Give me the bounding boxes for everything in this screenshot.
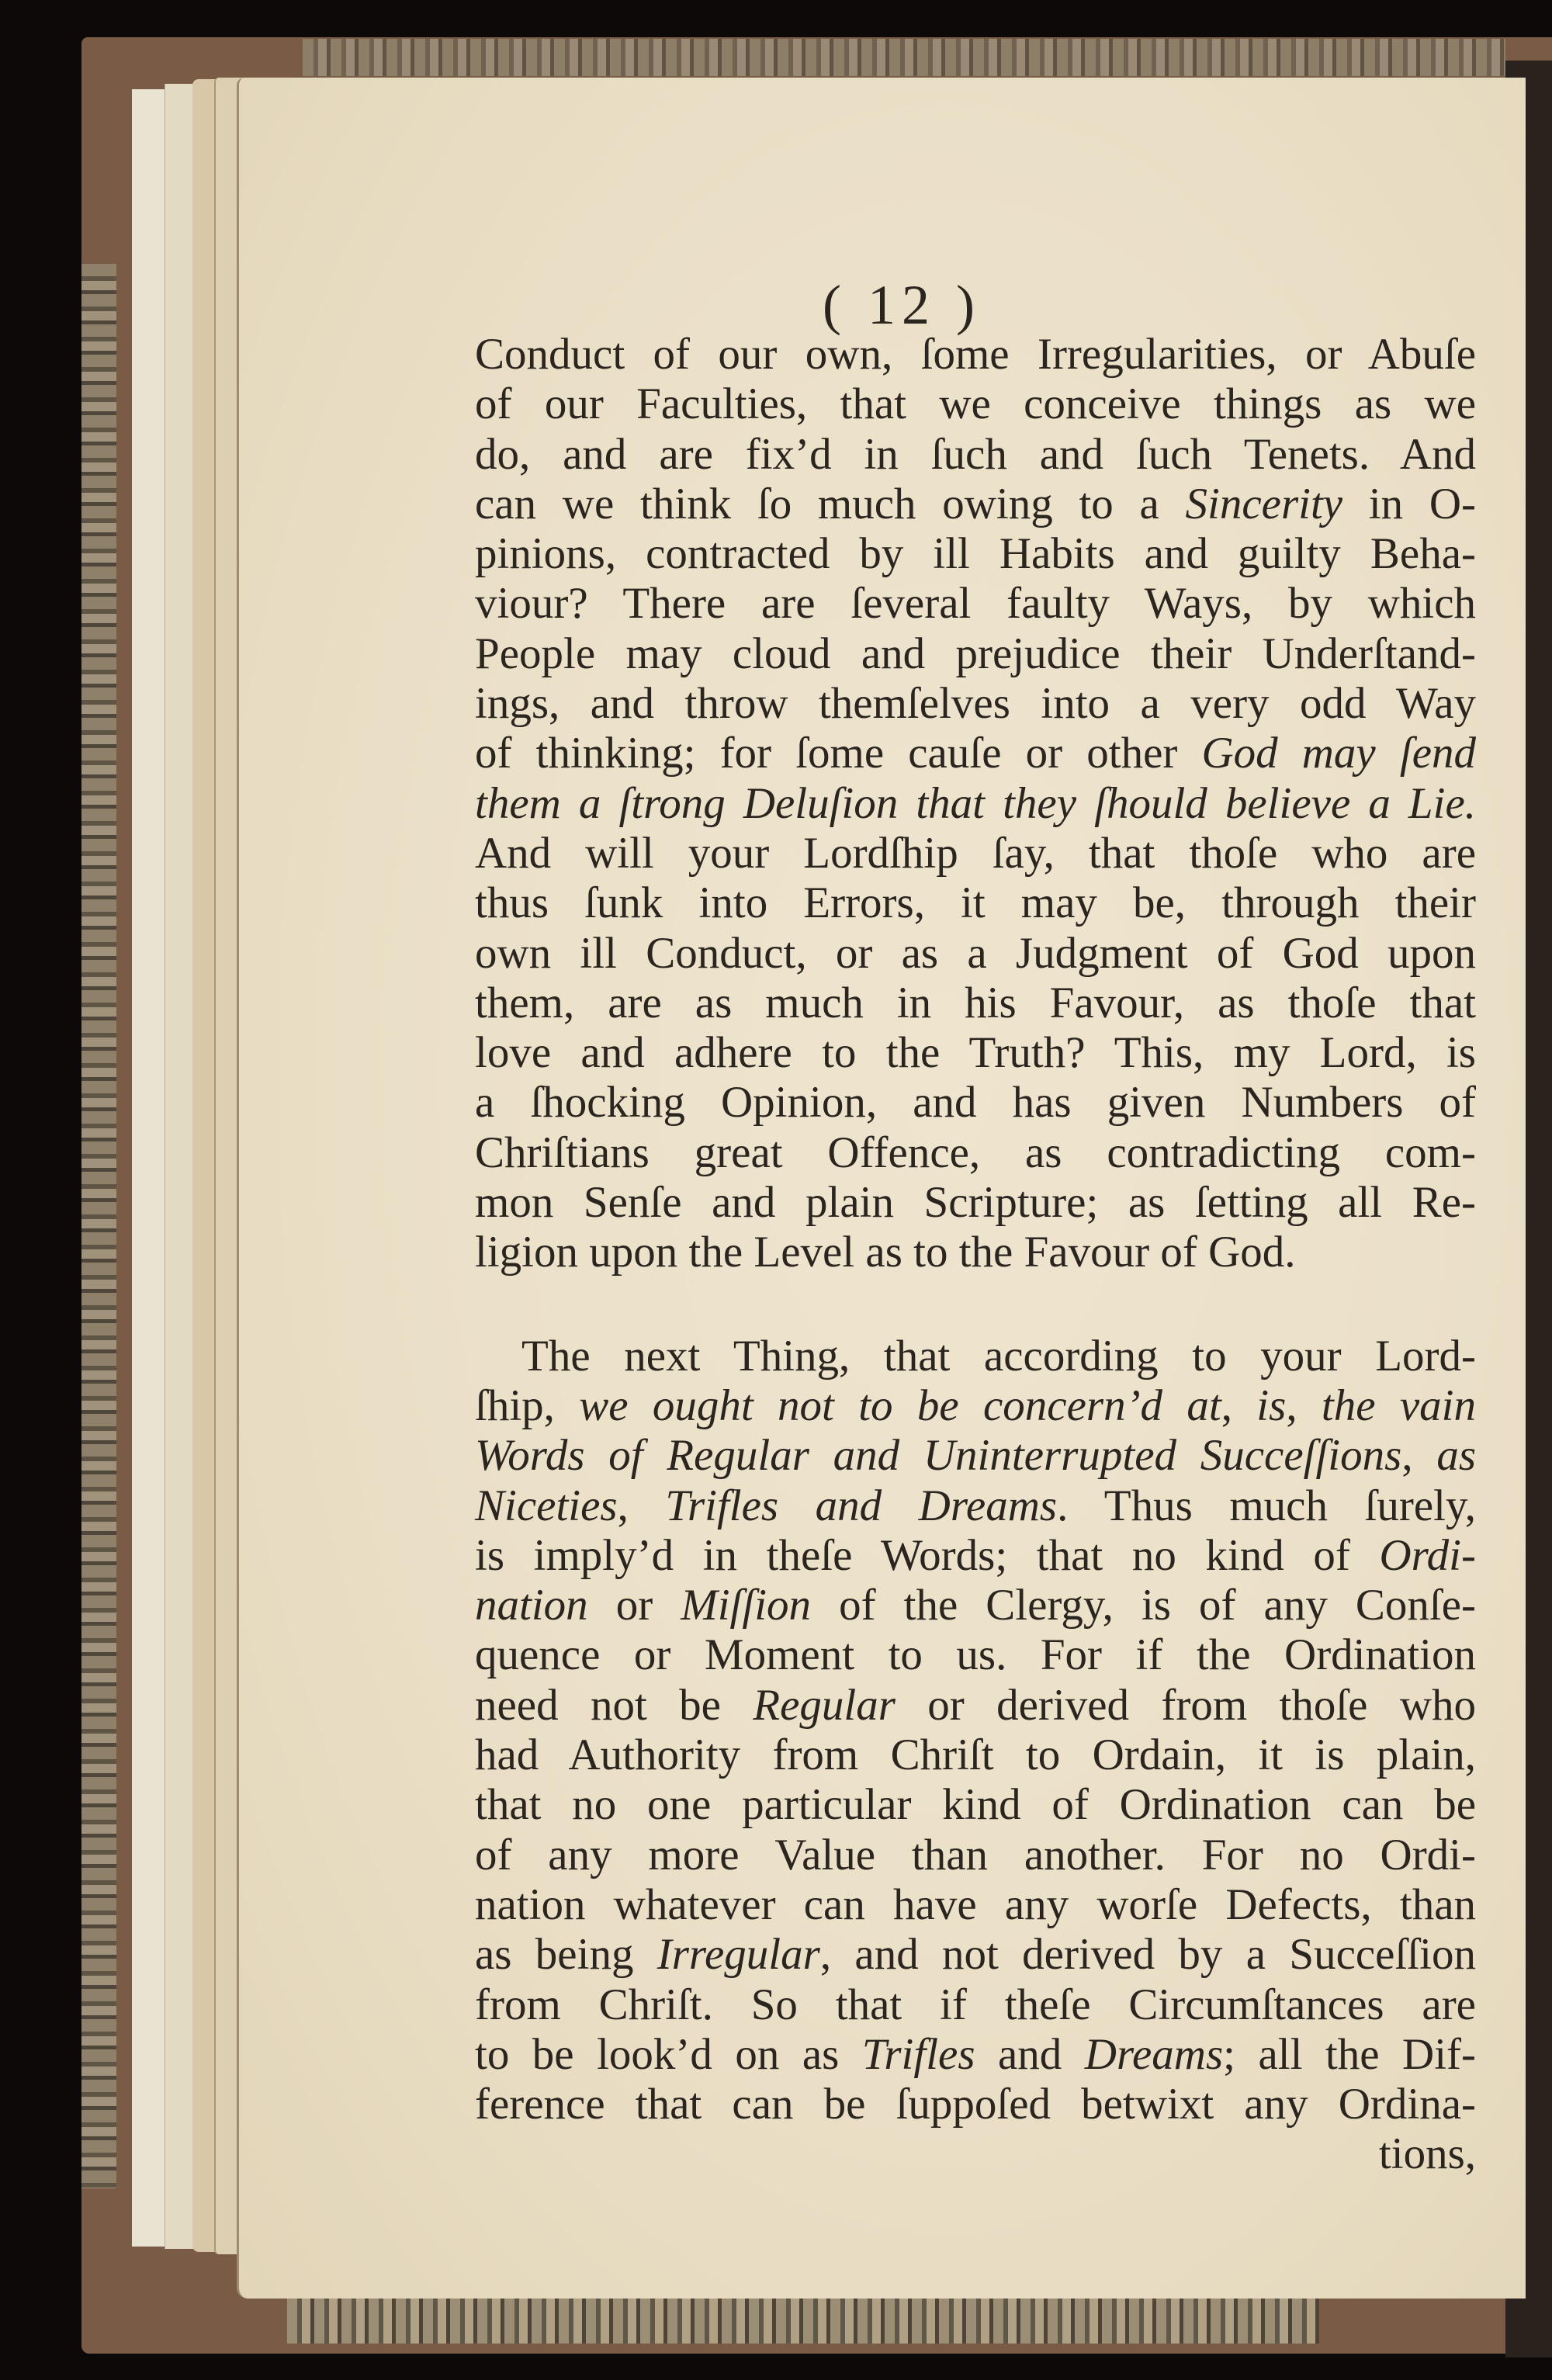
text-line: is imply’d in theſe Words; that no kind … [475,1531,1476,1581]
text-line: them, are as much in his Favour, as thoſ… [475,979,1476,1028]
text-line: that no one particular kind of Ordinatio… [475,1780,1476,1830]
text-line: to be look’d on as Trifles and Dreams; a… [475,2030,1476,2080]
marbled-board-top [303,39,1505,76]
text-line: And will your Lordſhip ſay, that thoſe w… [475,829,1476,878]
text-line: pinions, contracted by ill Habits and gu… [475,529,1476,579]
text-line: thus ſunk into Errors, it may be, throug… [475,878,1476,928]
text-line: mon Senſe and plain Scripture; as ſettin… [475,1178,1476,1228]
text-line: ference that can be ſuppoſed betwixt any… [475,2080,1476,2129]
catchword: tions, [475,2129,1476,2179]
text-line: own ill Conduct, or as a Judgment of God… [475,929,1476,979]
marbled-board-bottom [287,2293,1319,2344]
text-line: need not be Regular or derived from thoſ… [475,1681,1476,1730]
text-line: viour? There are ſeveral faulty Ways, by… [475,579,1476,629]
text-line: as being Irregular, and not derived by a… [475,1930,1476,1980]
text-line: ſhip, we ought not to be concern’d at, i… [475,1381,1476,1431]
text-line: do, and are fix’d in ſuch and ſuch Tenet… [475,430,1476,480]
text-line: had Authority from Chriſt to Ordain, it … [475,1730,1476,1780]
text-line: Conduct of our own, ſome Irregularities,… [475,330,1476,379]
text-line: Chriſtians great Offence, as contradicti… [475,1128,1476,1178]
text-line: can we think ſo much owing to a Sincerit… [475,480,1476,529]
page-number: ( 12 ) [823,273,981,338]
paragraph-gap [475,1278,1476,1332]
text-line: a ſhocking Opinion, and has given Number… [475,1078,1476,1128]
text-line: The next Thing, that according to your L… [475,1332,1476,1381]
text-line: of our Faculties, that we conceive thing… [475,379,1476,429]
text-line: from Chriſt. So that if theſe Circumſtan… [475,1980,1476,2030]
text-line: them a ſtrong Deluſion that they ſhould … [475,779,1476,829]
text-line: nation whatever can have any worſe Defec… [475,1880,1476,1930]
text-line: of thinking; for ſome cauſe or other God… [475,729,1476,778]
page-text: Conduct of our own, ſome Irregularities,… [475,330,1476,2180]
text-line: love and adhere to the Truth? This, my L… [475,1028,1476,1078]
text-line: ings, and throw themſelves into a very o… [475,679,1476,729]
marbled-board-left [81,264,116,2188]
text-line: of any more Value than another. For no O… [475,1831,1476,1880]
text-line: People may cloud and prejudice their Und… [475,629,1476,679]
text-line: Words of Regular and Uninterrupted Succe… [475,1431,1476,1481]
text-line: Niceties, Trifles and Dreams. Thus much … [475,1481,1476,1531]
text-line: ligion upon the Level as to the Favour o… [475,1228,1476,1277]
text-line: quence or Moment to us. For if the Ordin… [475,1630,1476,1680]
text-line: nation or Miſſion of the Clergy, is of a… [475,1581,1476,1630]
